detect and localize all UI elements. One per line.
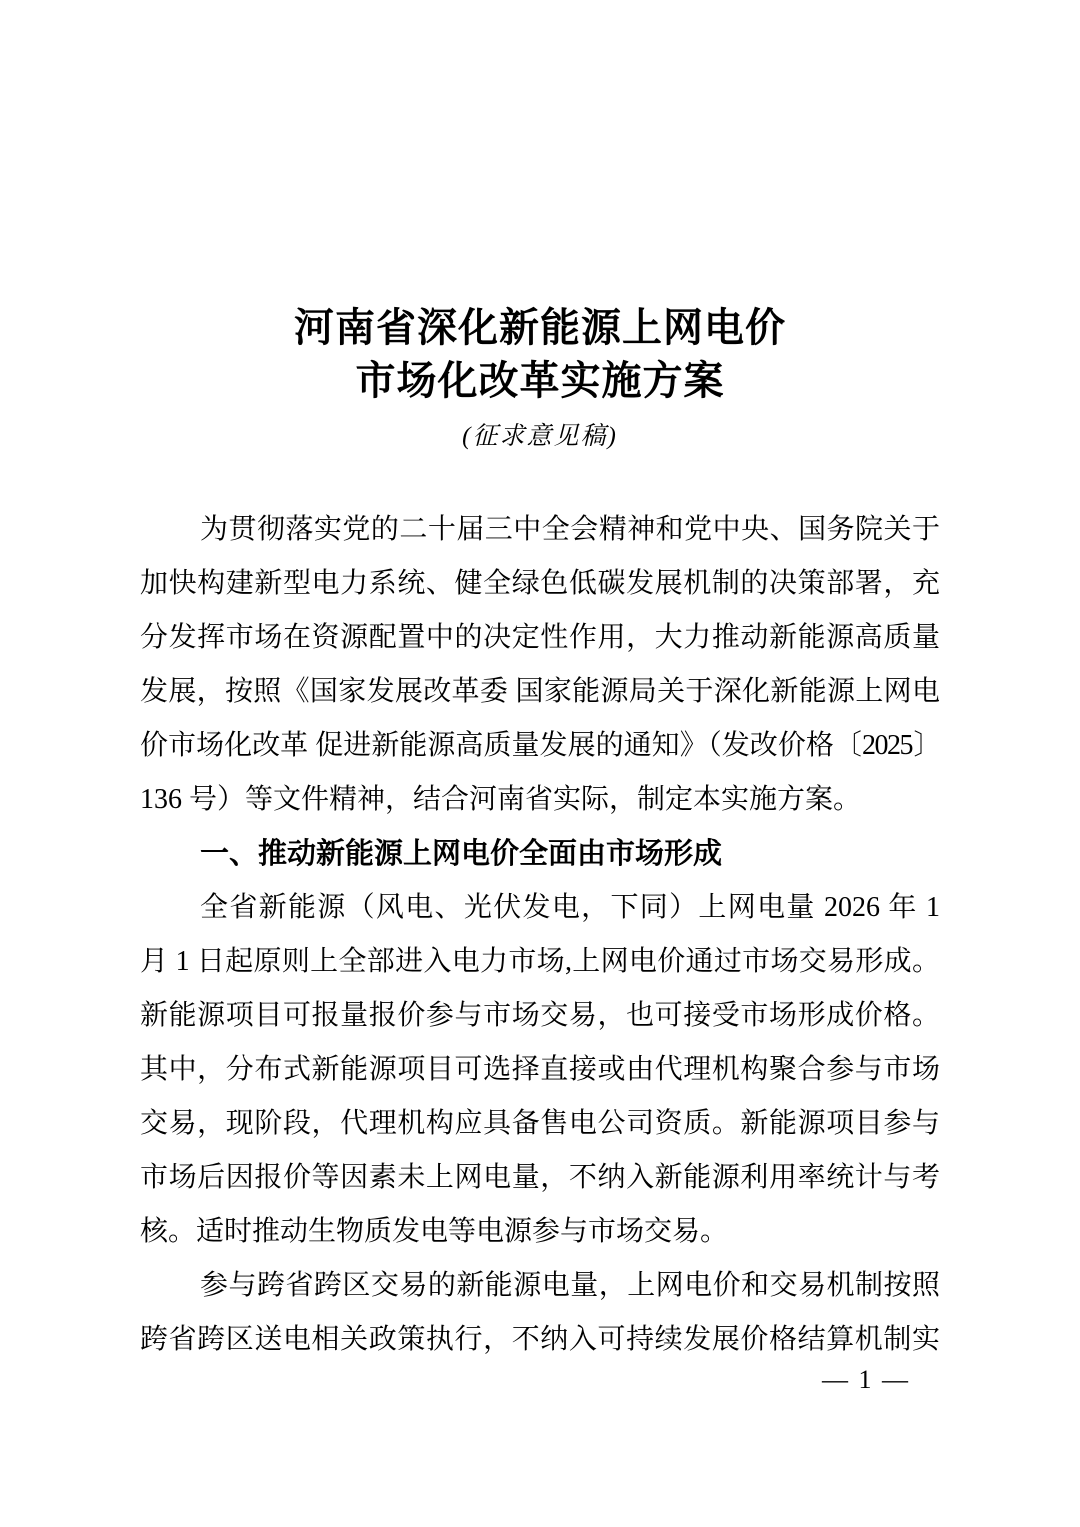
para1-line1: 为贯彻落实党的二十届三中全会精神和党中央、国务院关于 <box>140 503 940 557</box>
doc-title: 河南省深化新能源上网电价 市场化改革实施方案 <box>0 0 1080 407</box>
para2-line5: 交易，现阶段，代理机构应具备售电公司资质。新能源项目参与 <box>140 1097 940 1151</box>
para2-line6: 市场后因报价等因素未上网电量，不纳入新能源利用率统计与考 <box>140 1151 940 1205</box>
document-page: 河南省深化新能源上网电价 市场化改革实施方案 (征求意见稿) 为贯彻落实党的二十… <box>0 0 1080 1527</box>
para2-line7: 核。适时推动生物质发电等电源参与市场交易。 <box>140 1205 940 1259</box>
para1-line4: 发展，按照《国家发展改革委 国家能源局关于深化新能源上网电 <box>140 665 940 719</box>
para3-line1: 参与跨省跨区交易的新能源电量，上网电价和交易机制按照 <box>140 1259 940 1313</box>
para2-line2: 月 1 日起原则上全部进入电力市场,上网电价通过市场交易形成。 <box>140 935 940 989</box>
para2-line1: 全省新能源（风电、光伏发电，下同）上网电量 2026 年 1 <box>140 881 940 935</box>
page-number: — 1 — <box>822 1362 910 1398</box>
para1-line6: 136 号）等文件精神，结合河南省实际，制定本实施方案。 <box>140 773 940 827</box>
para2-line4: 其中，分布式新能源项目可选择直接或由代理机构聚合参与市场 <box>140 1043 940 1097</box>
doc-title-line1: 河南省深化新能源上网电价 <box>0 301 1080 354</box>
para2-line3: 新能源项目可报量报价参与市场交易，也可接受市场形成价格。 <box>140 989 940 1043</box>
section-heading-1: 一、推动新能源上网电价全面由市场形成 <box>140 827 940 881</box>
para1-line5: 价市场化改革 促进新能源高质量发展的通知》（发改价格〔2025〕 <box>140 719 940 773</box>
para1-line2: 加快构建新型电力系统、健全绿色低碳发展机制的决策部署，充 <box>140 557 940 611</box>
para3-line2: 跨省跨区送电相关政策执行，不纳入可持续发展价格结算机制实 <box>140 1313 940 1367</box>
doc-subtitle: (征求意见稿) <box>0 417 1080 457</box>
doc-title-line2: 市场化改革实施方案 <box>0 354 1080 407</box>
doc-body: 为贯彻落实党的二十届三中全会精神和党中央、国务院关于 加快构建新型电力系统、健全… <box>140 503 940 1367</box>
para1-line3: 分发挥市场在资源配置中的决定性作用，大力推动新能源高质量 <box>140 611 940 665</box>
